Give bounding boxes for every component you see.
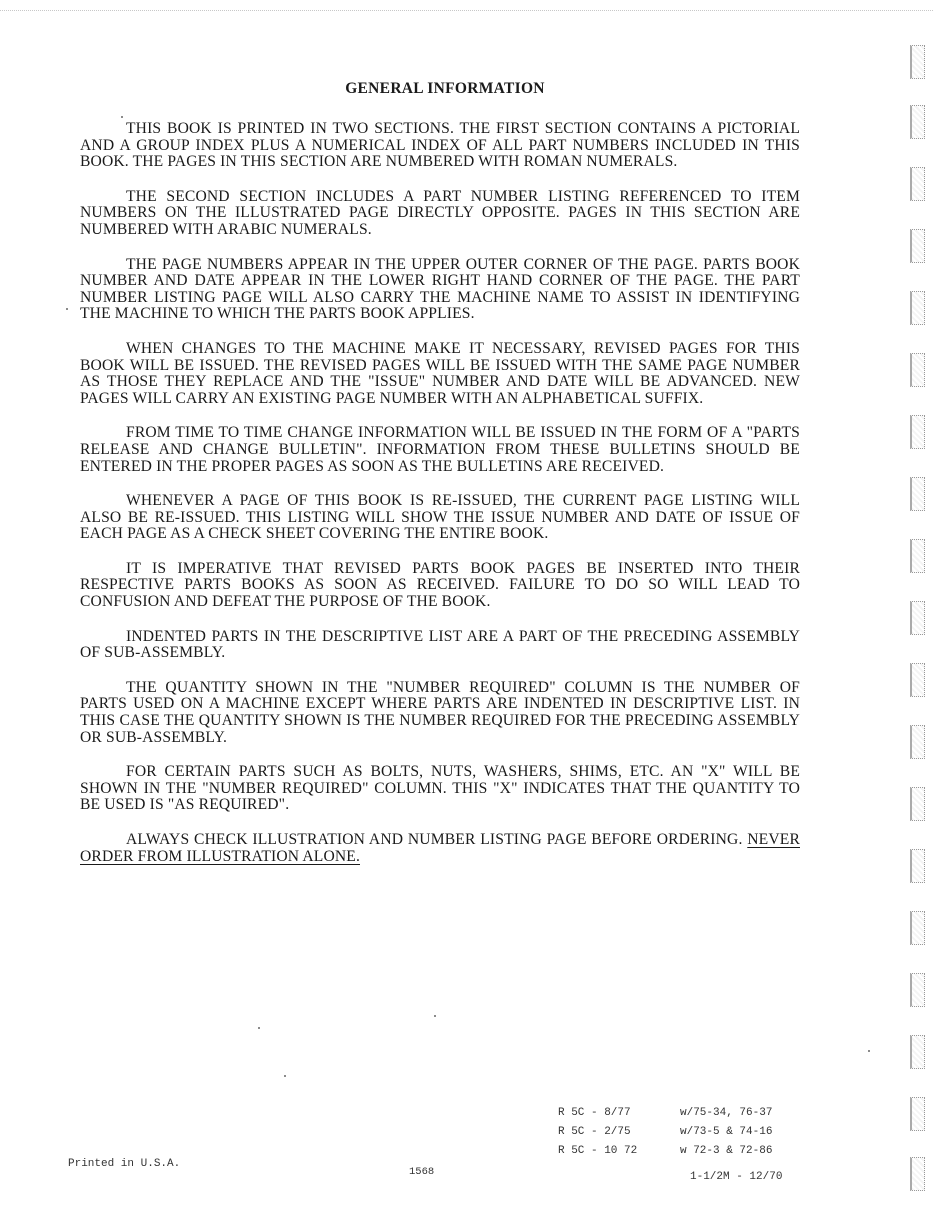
paragraph-second-section: THE SECOND SECTION INCLUDES A PART NUMBE… bbox=[80, 189, 800, 239]
binder-hole-icon bbox=[910, 1157, 925, 1191]
binder-hole-icon bbox=[910, 353, 925, 387]
binder-hole-icon bbox=[910, 849, 925, 883]
paragraph-indented-parts: INDENTED PARTS IN THE DESCRIPTIVE LIST A… bbox=[80, 629, 800, 662]
binder-hole-icon bbox=[910, 105, 925, 139]
revision-code: R 5C - 8/77 bbox=[558, 1107, 680, 1119]
revision-note: w 72-3 & 72-86 bbox=[680, 1145, 772, 1157]
scan-speck bbox=[284, 1075, 286, 1077]
revision-code: R 5C - 10 72 bbox=[558, 1145, 680, 1157]
page-title: GENERAL INFORMATION bbox=[0, 80, 890, 98]
revision-list: R 5C - 8/77 w/75-34, 76-37 R 5C - 2/75 w… bbox=[558, 1103, 772, 1160]
revision-row: R 5C - 8/77 w/75-34, 76-37 bbox=[558, 1103, 772, 1122]
printed-in-usa: Printed in U.S.A. bbox=[68, 1158, 180, 1170]
revision-row: R 5C - 2/75 w/73-5 & 74-16 bbox=[558, 1122, 772, 1141]
paragraph-page-numbers: THE PAGE NUMBERS APPEAR IN THE UPPER OUT… bbox=[80, 257, 800, 323]
scan-speck bbox=[66, 308, 68, 310]
paragraph-always-check: ALWAYS CHECK ILLUSTRATION AND NUMBER LIS… bbox=[80, 832, 800, 865]
body-text: THIS BOOK IS PRINTED IN TWO SECTIONS. TH… bbox=[80, 121, 800, 883]
form-number: 1568 bbox=[409, 1166, 434, 1178]
paragraph-sections: THIS BOOK IS PRINTED IN TWO SECTIONS. TH… bbox=[80, 121, 800, 171]
revision-code: R 5C - 2/75 bbox=[558, 1126, 680, 1138]
revision-note: w/73-5 & 74-16 bbox=[680, 1126, 772, 1138]
revision-row: R 5C - 10 72 w 72-3 & 72-86 bbox=[558, 1141, 772, 1160]
binder-hole-icon bbox=[910, 973, 925, 1007]
paragraph-revised-pages: WHEN CHANGES TO THE MACHINE MAKE IT NECE… bbox=[80, 341, 800, 407]
binder-hole-icon bbox=[910, 415, 925, 449]
binder-hole-icon bbox=[910, 787, 925, 821]
scan-speck bbox=[121, 116, 123, 118]
paragraph-change-bulletins: FROM TIME TO TIME CHANGE INFORMATION WIL… bbox=[80, 425, 800, 475]
paragraph-imperative: IT IS IMPERATIVE THAT REVISED PARTS BOOK… bbox=[80, 561, 800, 611]
scan-speck bbox=[868, 1050, 870, 1052]
binder-hole-icon bbox=[910, 601, 925, 635]
binder-hole-icon bbox=[910, 663, 925, 697]
binder-hole-icon bbox=[910, 911, 925, 945]
revision-note: w/75-34, 76-37 bbox=[680, 1107, 772, 1119]
binder-hole-icon bbox=[910, 477, 925, 511]
binder-hole-icon bbox=[910, 1097, 925, 1131]
paragraph-page-listing: WHENEVER A PAGE OF THIS BOOK IS RE-ISSUE… bbox=[80, 493, 800, 543]
binder-hole-icon bbox=[910, 167, 925, 201]
binder-hole-icon bbox=[910, 291, 925, 325]
scan-edge-artifact bbox=[0, 10, 933, 12]
edition-code: 1-1/2M - 12/70 bbox=[690, 1171, 782, 1183]
binder-hole-icon bbox=[910, 1035, 925, 1069]
scan-speck bbox=[258, 1027, 260, 1029]
binder-hole-icon bbox=[910, 725, 925, 759]
paragraph-as-required: FOR CERTAIN PARTS SUCH AS BOLTS, NUTS, W… bbox=[80, 764, 800, 814]
scan-speck bbox=[434, 1015, 436, 1017]
binder-hole-icon bbox=[910, 539, 925, 573]
always-check-text: ALWAYS CHECK ILLUSTRATION AND NUMBER LIS… bbox=[126, 831, 743, 848]
paragraph-quantity: THE QUANTITY SHOWN IN THE "NUMBER REQUIR… bbox=[80, 680, 800, 746]
binder-hole-icon bbox=[910, 229, 925, 263]
binder-hole-icon bbox=[910, 45, 925, 79]
